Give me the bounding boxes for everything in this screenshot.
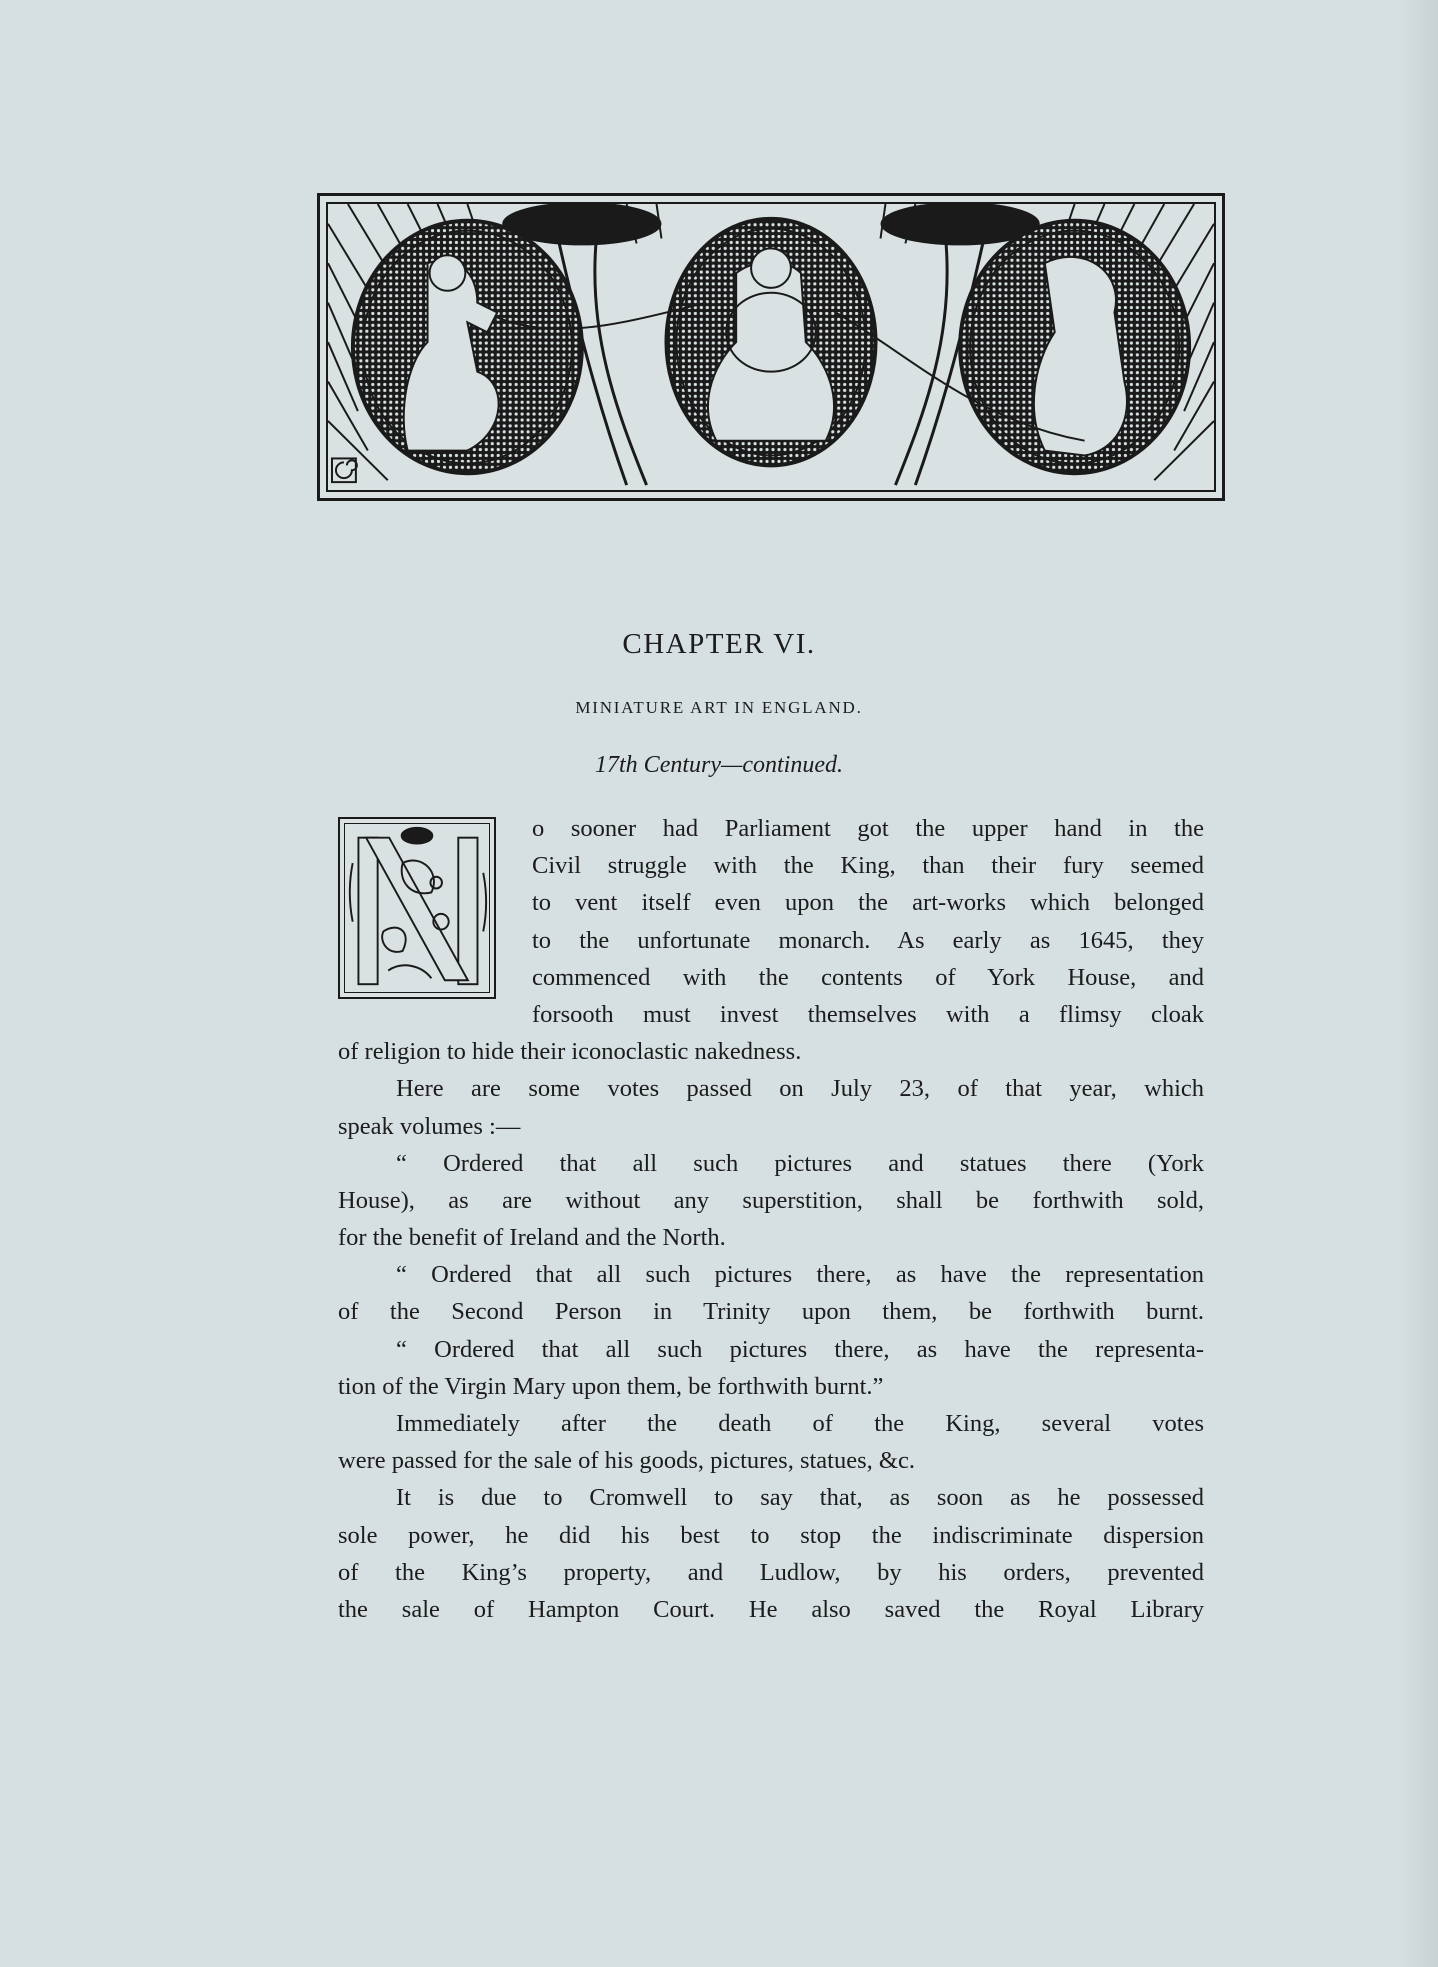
chapter-period-subheading: 17th Century—continued. xyxy=(0,752,1438,779)
chapter-subtitle: MINIATURE ART IN ENGLAND. xyxy=(0,698,1438,718)
body-text: o sooner had Parliament got the upper ha… xyxy=(338,810,1204,1628)
text-line: “ Ordered that all such pictures there, … xyxy=(338,1256,1204,1293)
text-line: “ Ordered that all such pictures and sta… xyxy=(338,1145,1204,1182)
text-line: of the King’s property, and Ludlow, by h… xyxy=(338,1554,1204,1591)
text-line: were passed for the sale of his goods, p… xyxy=(338,1442,1204,1479)
text-line: “ Ordered that all such pictures there, … xyxy=(338,1331,1204,1368)
page-edge-shadow xyxy=(1398,0,1438,1967)
text-line: sole power, he did his best to stop the … xyxy=(338,1517,1204,1554)
decorative-headpiece xyxy=(317,193,1225,501)
text-line: forsooth must invest themselves with a f… xyxy=(338,996,1204,1033)
text-line: to vent itself even upon the art-works w… xyxy=(338,884,1204,921)
headpiece-illustration-icon xyxy=(328,204,1214,490)
text-line: It is due to Cromwell to say that, as so… xyxy=(338,1479,1204,1516)
text-line: of the Second Person in Trinity upon the… xyxy=(338,1293,1204,1330)
text-line: Immediately after the death of the King,… xyxy=(338,1405,1204,1442)
text-line: Civil struggle with the King, than their… xyxy=(338,847,1204,884)
text-line: commenced with the contents of York Hous… xyxy=(338,959,1204,996)
text-line: tion of the Virgin Mary upon them, be fo… xyxy=(338,1368,1204,1405)
text-line: House), as are without any superstition,… xyxy=(338,1182,1204,1219)
text-line: o sooner had Parliament got the upper ha… xyxy=(338,810,1204,847)
text-line: of religion to hide their iconoclastic n… xyxy=(338,1033,1204,1070)
text-line: speak volumes :— xyxy=(338,1108,1204,1145)
headpiece-frame xyxy=(326,202,1216,492)
text-line: the sale of Hampton Court. He also saved… xyxy=(338,1591,1204,1628)
chapter-title: CHAPTER VI. xyxy=(0,628,1438,661)
text-line: Here are some votes passed on July 23, o… xyxy=(338,1070,1204,1107)
text-line: for the benefit of Ireland and the North… xyxy=(338,1219,1204,1256)
text-line: to the unfortunate monarch. As early as … xyxy=(338,922,1204,959)
